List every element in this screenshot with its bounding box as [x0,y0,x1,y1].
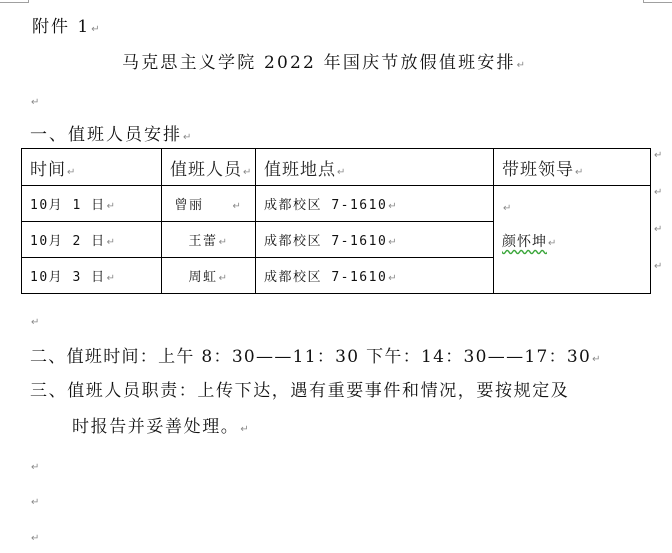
empty-paragraph: ↵ [30,526,39,545]
paragraph-mark-icon: ↵ [592,354,602,365]
paragraph-mark-icon: ↵ [31,533,39,544]
cell-location[interactable]: 成都校区 7-1610↵ [256,222,494,258]
cell-person[interactable]: 周虹↵ [162,258,256,294]
paragraph-mark-icon: ↵ [240,424,250,435]
cell-date[interactable]: 10月 3 日↵ [22,258,162,294]
header-leader[interactable]: 带班领导↵ [494,149,651,186]
paragraph-mark-icon: ↵ [31,97,39,108]
cell-person[interactable]: 曾丽 ↵ [162,186,256,222]
table-header-row: 时间↵ 值班人员↵ 值班地点↵ 带班领导↵ [22,149,651,186]
cell-location[interactable]: 成都校区 7-1610↵ [256,186,494,222]
header-time[interactable]: 时间↵ [22,149,162,186]
paragraph-mark-icon: ↵ [31,462,39,473]
paragraph-mark-icon: ↵ [183,132,193,143]
page-corner-mark-right [643,0,672,3]
empty-paragraph: ↵ [30,490,39,509]
cell-person[interactable]: 王蕾↵ [162,222,256,258]
section3-duties-line2: 时报告并妥善处理。↵ [72,412,250,437]
row-end-mark-icon: ↵ [654,224,662,235]
row-end-mark-icon: ↵ [654,187,662,198]
page-corner-mark-left [0,0,29,3]
document-title: 马克思主义学院 2022 年国庆节放假值班安排↵ [122,48,527,73]
leader-name: 颜怀坤 [502,231,547,251]
empty-paragraph: ↵ [30,455,39,474]
row-end-mark-icon: ↵ [654,261,662,272]
header-person[interactable]: 值班人员↵ [162,149,256,186]
cell-date[interactable]: 10月 1 日↵ [22,186,162,222]
empty-paragraph: ↵ [30,310,39,329]
duty-schedule-table: 时间↵ 值班人员↵ 值班地点↵ 带班领导↵ 10月 1 日↵ 曾丽 ↵ 成都校区… [21,148,651,294]
paragraph-mark-icon: ↵ [517,60,528,71]
annex-label: 附件 1↵ [32,12,102,37]
paragraph-mark-icon: ↵ [91,24,101,35]
section1-heading: 一、值班人员安排↵ [30,120,193,145]
section2-duty-hours: 二、值班时间：上午 8：30——11：30 下午：14：30——17：30↵ [30,342,602,367]
row-end-mark-icon: ↵ [654,150,662,161]
cell-location[interactable]: 成都校区 7-1610↵ [256,258,494,294]
cell-date[interactable]: 10月 2 日↵ [22,222,162,258]
section3-duties-line1: 三、值班人员职责：上传下达，遇有重要事件和情况，要按规定及 [30,376,569,401]
paragraph-mark-icon: ↵ [31,317,39,328]
paragraph-mark-icon: ↵ [31,497,39,508]
cell-leader[interactable]: ↵ 颜怀坤↵ [494,186,651,294]
empty-paragraph: ↵ [30,90,39,109]
header-location[interactable]: 值班地点↵ [256,149,494,186]
table-row: 10月 1 日↵ 曾丽 ↵ 成都校区 7-1610↵ ↵ 颜怀坤↵ [22,186,651,222]
